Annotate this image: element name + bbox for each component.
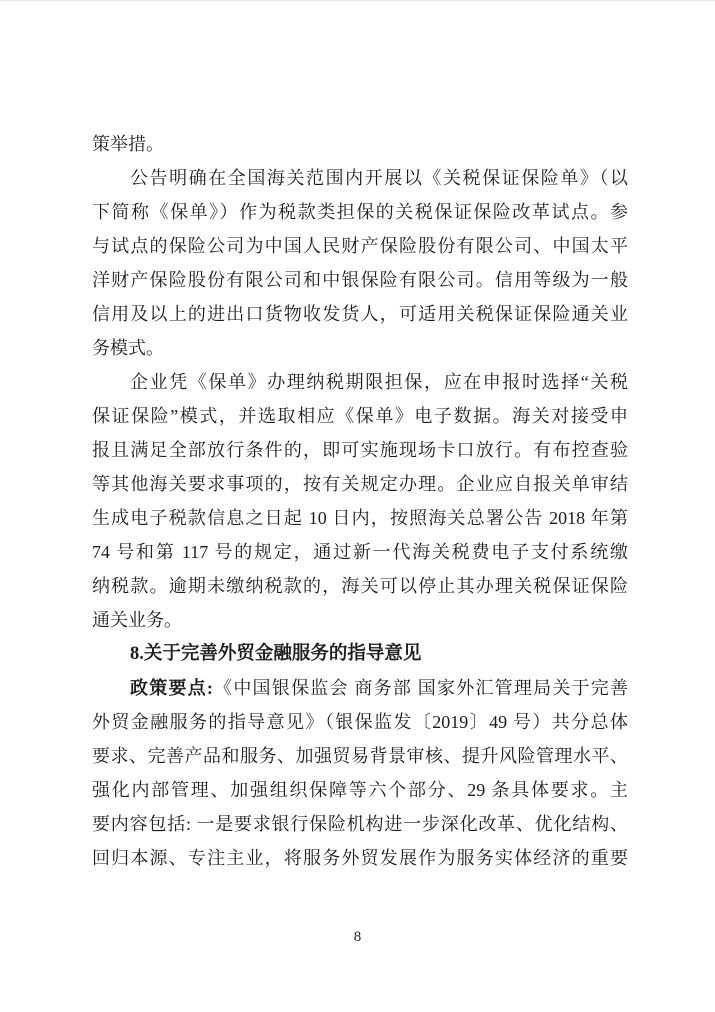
body-line-text: 《中国银保监会 商务部 国家外汇管理局关于完善: [213, 678, 628, 698]
body-line: 74 号和第 117 号的规定，通过新一代海关税费电子支付系统缴: [92, 535, 628, 569]
body-line: 报且满足全部放行条件的，即可实施现场卡口放行。有布控查验: [92, 433, 628, 467]
body-line: 公告明确在全国海关范围内开展以《关税保证保险单》（以: [92, 161, 628, 195]
body-line: 纳税款。逾期未缴纳税款的，海关可以停止其办理关税保证保险: [92, 569, 628, 603]
body-line: 信用及以上的进出口货物收发货人，可适用关税保证保险通关业: [92, 297, 628, 331]
body-line: 等其他海关要求事项的，按有关规定办理。企业应自报关单审结: [92, 467, 628, 501]
body-line: 保证保险”模式，并选取相应《保单》电子数据。海关对接受申: [92, 399, 628, 433]
body-line: 强化内部管理、加强组织保障等六个部分、29 条具体要求。主: [92, 773, 628, 807]
document-page: 策举措。 公告明确在全国海关范围内开展以《关税保证保险单》（以 下简称《保单》）…: [0, 0, 715, 1012]
body-line: 要求、完善产品和服务、加强贸易背景审核、提升风险管理水平、: [92, 739, 628, 773]
document-body: 策举措。 公告明确在全国海关范围内开展以《关税保证保险单》（以 下简称《保单》）…: [92, 127, 628, 875]
body-line: 务模式。: [92, 331, 628, 365]
policy-points-label: 政策要点:: [130, 678, 213, 698]
body-line: 下简称《保单》）作为税款类担保的关税保证保险改革试点。参: [92, 195, 628, 229]
body-line: 回归本源、专注主业，将服务外贸发展作为服务实体经济的重要: [92, 841, 628, 875]
body-line: 政策要点:《中国银保监会 商务部 国家外汇管理局关于完善: [92, 671, 628, 705]
body-line: 通关业务。: [92, 603, 628, 637]
section-heading: 8.关于完善外贸金融服务的指导意见: [92, 637, 628, 671]
body-line: 外贸金融服务的指导意见》（银保监发〔2019〕49 号）共分总体: [92, 705, 628, 739]
body-line: 生成电子税款信息之日起 10 日内，按照海关总署公告 2018 年第: [92, 501, 628, 535]
body-line: 企业凭《保单》办理纳税期限担保，应在申报时选择“关税: [92, 365, 628, 399]
page-number: 8: [0, 927, 715, 947]
body-line: 要内容包括: 一是要求银行保险机构进一步深化改革、优化结构、: [92, 807, 628, 841]
body-line: 与试点的保险公司为中国人民财产保险股份有限公司、中国太平: [92, 229, 628, 263]
body-line: 洋财产保险股份有限公司和中银保险有限公司。信用等级为一般: [92, 263, 628, 297]
body-line: 策举措。: [92, 127, 628, 161]
